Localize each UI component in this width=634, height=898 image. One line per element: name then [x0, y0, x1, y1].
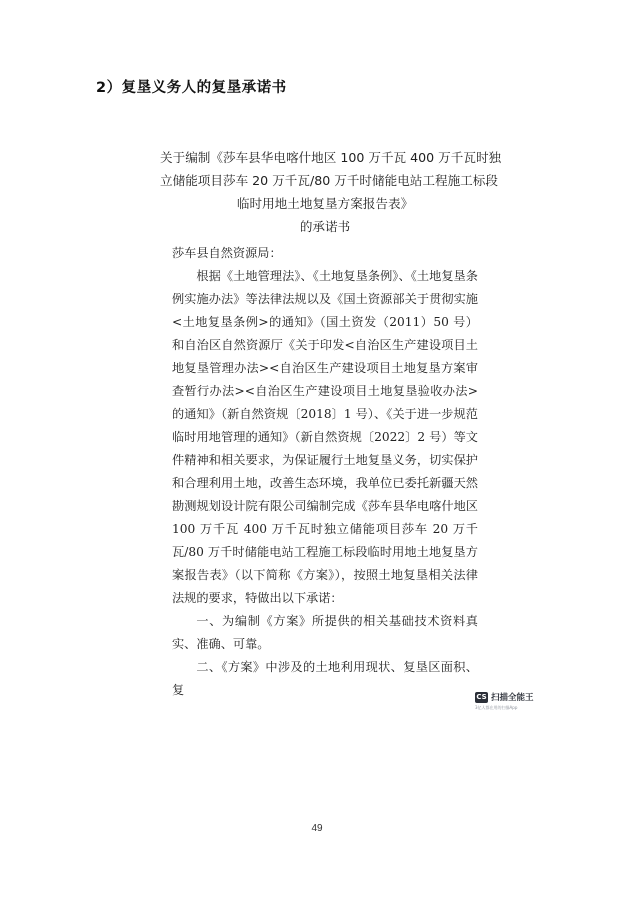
title-line: 临时用地土地复垦方案报告表》	[160, 192, 490, 215]
title-line: 关于编制《莎车县华电喀什地区 100 万千瓦 400 万千瓦时独	[160, 146, 490, 169]
camscanner-logo-icon: CS	[475, 692, 488, 703]
document-title: 关于编制《莎车县华电喀什地区 100 万千瓦 400 万千瓦时独 立储能项目莎车…	[160, 146, 490, 238]
paragraph: 二、《方案》中涉及的土地利用现状、复垦区面积、复	[172, 656, 478, 702]
letter-body: 莎车县自然资源局： 根据《土地管理法》、《土地复垦条例》、《土地复垦条例实施办法…	[172, 242, 478, 702]
section-heading: 2）复垦义务人的复垦承诺书	[96, 76, 287, 97]
salutation: 莎车县自然资源局：	[172, 242, 478, 265]
watermark-name: 扫描全能王	[491, 691, 534, 703]
page-number: 49	[0, 823, 634, 834]
paragraph: 一、为编制《方案》所提供的相关基础技术资料真实、准确、可靠。	[172, 610, 478, 656]
title-line: 立储能项目莎车 20 万千瓦/80 万千时储能电站工程施工标段	[160, 169, 490, 192]
scanner-watermark: CS 扫描全能王 3亿人都在用的扫描App	[475, 691, 534, 711]
title-line: 的承诺书	[160, 215, 490, 238]
watermark-tagline: 3亿人都在用的扫描App	[475, 705, 517, 711]
paragraph: 根据《土地管理法》、《土地复垦条例》、《土地复垦条例实施办法》等法律法规以及《国…	[172, 265, 478, 610]
